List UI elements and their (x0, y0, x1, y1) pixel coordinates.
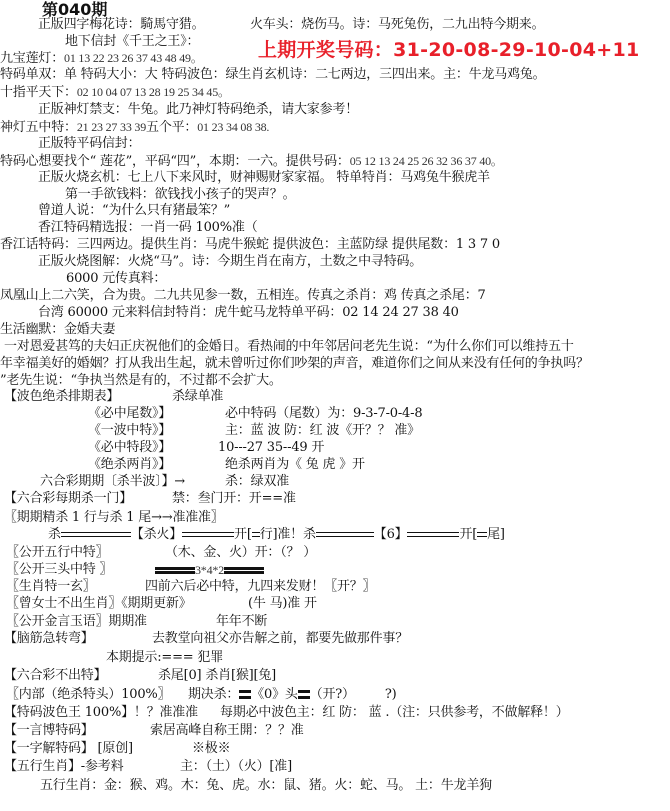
ms-zeng-value: (牛 马)准 开 (248, 596, 317, 612)
phoenix-line: 凤凰山上二六笑，合为贵。二九共见参一数，五相连。传真之杀肖：鸡 传真之杀尾：7 (0, 288, 486, 304)
humor-p3: ”老先生说：“争执当然是有的，不过都不会扩大。 (0, 373, 282, 389)
humor-p2: 年幸福美好的婚姻？打从我出生起，就未曾听过你们吵架的声音，难道你们之间从来没有任… (0, 356, 589, 372)
one-word-bet-label: 【一言博特码】 (4, 723, 94, 739)
must-tail-value: 必中特码（尾数）为：9-3-7-0-4-8 (225, 406, 422, 422)
special-code-attrs: 特码单双：单 特码大小：大 特码波色：绿生肖玄机诗：二七两边，三四出来。主：牛龙… (0, 67, 545, 83)
brain-teaser-label: 【脑筋急转弯】 (4, 631, 94, 647)
lotus-line: 特码心想要找个“ 莲花”，平码“四”，本期：一六。提供号码：05 12 13 2… (0, 153, 503, 170)
half-wave-label: 六合彩期期〔杀半波〕】→ (40, 474, 185, 490)
kill-two-value: 绝杀两肖为《 兔 虎 》开 (225, 457, 365, 473)
no-special-label: 【六合彩不出特】 (4, 668, 106, 684)
humor-p1: 一对恩爱甚笃的夫妇正庆祝他们的金婚日。看热闹的中年邻居问老先生说：“为什么你们可… (4, 339, 574, 355)
train-head: 火车头：烧伤马。诗：马死兔伤，二九出特今期来。 (250, 17, 544, 33)
lamp-ban: 正版神灯禁支：牛兔。此乃神灯特码绝杀，请大家参考！ (38, 102, 358, 118)
kill-two-label: 《绝杀两肖》】 (88, 457, 171, 473)
one-word-bet-value: 索居高峰自称王開：？？准 (150, 723, 304, 739)
nine-lotus-lamp: 九宝莲灯：01 13 22 23 26 37 43 48 49。 (0, 50, 203, 67)
internal-kill-value: 期决杀：《0》头（开?）?) (188, 687, 397, 703)
first-hand: 第一手欲钱料：欲钱找小孩子的哭声？。 (65, 187, 295, 203)
flat-code-letter: 正版特平码信封： (38, 136, 140, 152)
taiwan-60000: 台湾 60000 元来料信封特肖：虎牛蛇马龙特单平码：02 14 24 27 3… (38, 305, 459, 321)
five-element-label: 〖公开五行中特〗 (6, 545, 108, 561)
ten-fingers: 十指平天下：02 10 04 07 13 28 19 25 34 45。 (0, 84, 230, 101)
zodiac-mystery-label: 〖生肖特一玄〗 (6, 579, 96, 595)
fire-diagram: 正版火烧图解：火烧“马”。诗：今期生肖在南方，土数之中寻特码。 (38, 254, 422, 270)
humor-title: 生活幽默：金婚夫妻 (0, 322, 115, 338)
one-wave-label: 《一波中特》】 (88, 423, 171, 439)
brain-teaser-value: 去教堂向祖父亦告解之前，都要先做那件事？ (152, 631, 408, 647)
underground-letter: 地下信封《千王之王》： (65, 34, 199, 50)
kill-element-title: 〖期期精杀 1 行与杀 1 尾→→准准准〗 (4, 510, 224, 526)
xiangjiang-talk: 香江话特码：三四两边。提供生肖：马虎牛猴蛇 提供波色：主蓝防绿 提供尾数：1 3… (0, 237, 500, 253)
kill-door-label: 【六合彩每期杀一门】 (4, 491, 132, 507)
no-special-value: 杀尾[0] 杀肖[猴][兔] (158, 668, 276, 684)
five-zodiac-list: 五行生肖：金：猴、鸡。木：兔、虎。水：鼠、猪。火：蛇、马。 土：牛龙羊狗 (40, 778, 492, 794)
five-zodiac-label: 【五行生肖】-参考料 (4, 759, 123, 775)
last-draw-numbers: 上期开奖号码：31-20-08-29-10-04+11 (258, 38, 640, 62)
must-tail-label: 《必中尾数》】 (88, 406, 171, 422)
lamp-five: 神灯五中特：21 23 27 33 39五个平：01 23 34 08 38. (0, 119, 269, 136)
wave-table-kill: 杀绿单准 (172, 389, 223, 405)
golden-words-value: 年年不断 (216, 614, 267, 630)
ms-zeng-label: 〖曾女士不出生肖〗《期期更新》 (6, 596, 192, 612)
fax-6000: 6000 元传真料： (66, 271, 166, 287)
fire-mystery: 正版火烧玄机：七上八下来风时，财神赐财家家福。 特单特肖：马鸡兔牛猴虎羊 (38, 170, 490, 186)
must-segment-label: 《必中特段》】 (88, 440, 171, 456)
must-segment-value: 10---27 35--49 开 (218, 440, 324, 456)
three-head-label: 〖公开三头中特 〗 (6, 562, 112, 578)
zeng-says: 曾道人说：“为什么只有猪最笨？” (38, 203, 230, 219)
xiangjiang-report: 香江特码精选报：一肖一码 100%准（ (38, 220, 258, 236)
plum-poem: 正版四字梅花诗：騎馬守猎。 (38, 17, 204, 33)
one-char-label: 【一字解特码】 [原创] (4, 741, 133, 757)
kill-door-value: 禁：叁门开：开==准 (172, 491, 296, 507)
one-char-value: ※极※ (192, 741, 230, 757)
golden-words-label: 〖公开金言玉语〗期期准 (6, 614, 147, 630)
zodiac-mystery-value: 四前六后必中特，九四来发财！〖开？〗 (145, 579, 375, 595)
half-wave-value: 杀：绿双准 (225, 474, 289, 490)
issue-hint: 本期提示:=== 犯罪 (106, 650, 223, 666)
wave-table-title: 【波色绝杀排期表】 (4, 389, 119, 405)
wave-king-value: 每期必中波色主：红 防： 蓝 .（注：只供参考，不做解释！） (220, 705, 569, 721)
internal-kill-label: 〖内部（绝杀特头）100%〗 (6, 687, 170, 703)
five-element-value: （木、金、火）开：（？ ） (165, 545, 316, 561)
five-zodiac-value: 主：（土）（火）[准] (180, 759, 292, 775)
kill-element-row: 杀【杀火】开[行]准！杀【6】开[尾] (48, 527, 505, 543)
wave-king-label: 【特码波色王 100%】！？准准准 (4, 705, 198, 721)
one-wave-value: 主：蓝 波 防：红 波《开？？ 准》 (225, 423, 420, 439)
three-head-value: 3*4*2 (155, 562, 264, 579)
